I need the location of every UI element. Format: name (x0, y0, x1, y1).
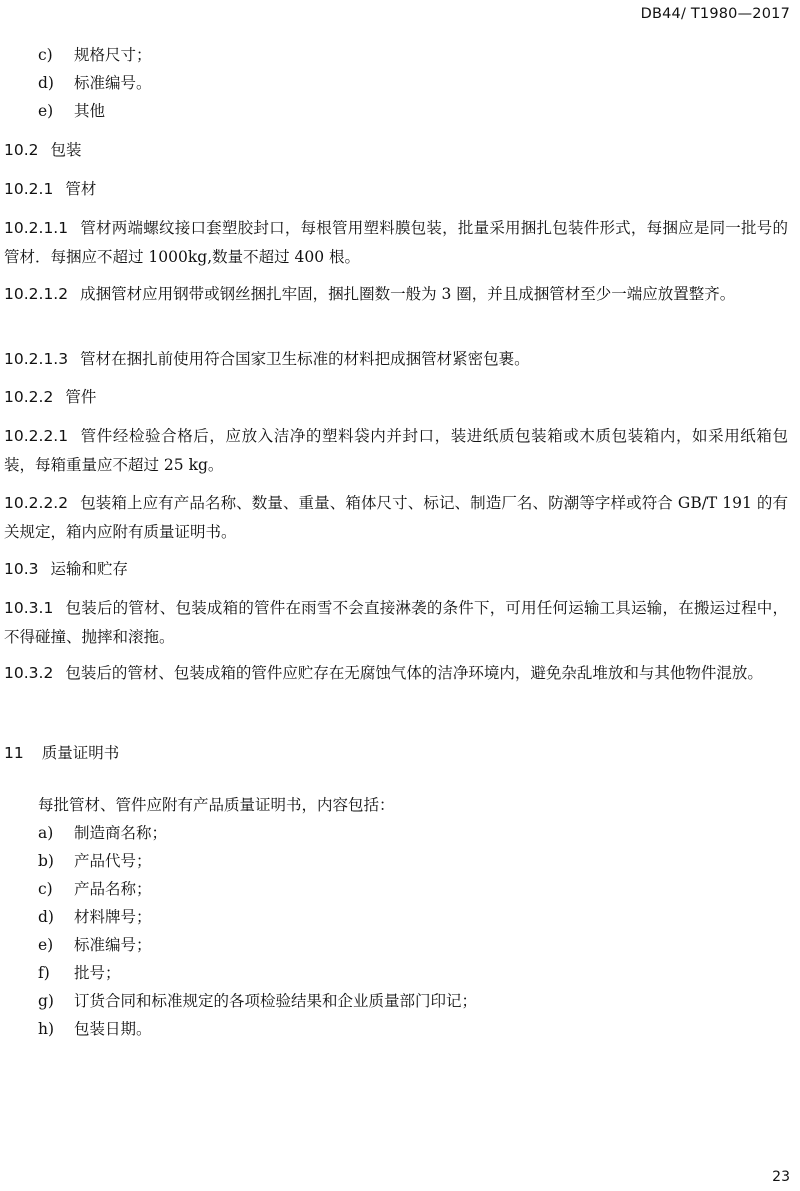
paragraph-10-2-1-3: 10.2.1.3管材在捆扎前使用符合国家卫生标准的材料把成捆管材紧密包裹。 (4, 345, 788, 374)
page-number: 23 (772, 1169, 790, 1185)
list-text: 材料牌号； (74, 908, 152, 926)
clause-text: 包装后的管材、包装成箱的管件在雨雪不会直接淋袭的条件下，可用任何运输工具运输，在… (4, 599, 788, 646)
list-item: a)制造商名称； (38, 820, 167, 846)
list-item: d)标准编号。 (38, 70, 152, 96)
clause-text: 包装后的管材、包装成箱的管件应贮存在无腐蚀气体的洁净环境内，避免杂乱堆放和与其他… (65, 664, 763, 682)
list-text: 产品代号； (74, 852, 152, 870)
clause-text: 包装箱上应有产品名称、数量、重量、箱体尺寸、标记、制造厂名、防潮等字样或符合 G… (4, 494, 788, 541)
list-item: e)标准编号； (38, 932, 152, 958)
list-item: e)其他 (38, 98, 105, 124)
list-text: 包装日期。 (74, 1020, 152, 1038)
clause-number: 10.3.1 (4, 599, 53, 617)
list-marker: b) (38, 848, 74, 874)
section-title: 管材 (65, 180, 96, 198)
standard-code-header: DB44/ T1980—2017 (641, 6, 790, 22)
paragraph-10-3-2: 10.3.2包装后的管材、包装成箱的管件应贮存在无腐蚀气体的洁净环境内，避免杂乱… (4, 659, 788, 688)
list-text: 订货合同和标准规定的各项检验结果和企业质量部门印记； (74, 992, 477, 1010)
list-text: 产品名称； (74, 880, 152, 898)
section-number: 10.2.2 (4, 384, 53, 410)
section-11-intro: 每批管材、管件应附有产品质量证明书，内容包括： (38, 792, 395, 818)
list-marker: a) (38, 820, 74, 846)
clause-number: 10.2.2.1 (4, 427, 68, 445)
section-heading-10-3: 10.3运输和贮存 (4, 556, 128, 582)
list-marker: d) (38, 70, 74, 96)
list-item: h)包装日期。 (38, 1016, 152, 1042)
clause-text: 管材两端螺纹接口套塑胶封口，每根管用塑料膜包装，批量采用捆扎包装件形式，每捆应是… (4, 219, 788, 266)
paragraph-10-3-1: 10.3.1包装后的管材、包装成箱的管件在雨雪不会直接淋袭的条件下，可用任何运输… (4, 594, 788, 652)
list-text: 批号； (74, 964, 121, 982)
list-text: 标准编号； (74, 936, 152, 954)
section-heading-11: 11质量证明书 (4, 740, 119, 766)
list-marker: h) (38, 1016, 74, 1042)
section-heading-10-2-1: 10.2.1管材 (4, 176, 96, 202)
list-text: 其他 (74, 102, 105, 120)
list-item: c)产品名称； (38, 876, 152, 902)
section-title: 运输和贮存 (51, 560, 129, 578)
section-number: 10.3 (4, 556, 39, 582)
paragraph-10-2-2-1: 10.2.2.1管件经检验合格后，应放入洁净的塑料袋内并封口，装进纸质包装箱或木… (4, 422, 788, 480)
clause-number: 10.2.1.1 (4, 219, 68, 237)
list-item: g)订货合同和标准规定的各项检验结果和企业质量部门印记； (38, 988, 477, 1014)
section-heading-10-2: 10.2包装 (4, 137, 82, 163)
list-marker: c) (38, 876, 74, 902)
section-title: 管件 (65, 388, 96, 406)
paragraph-10-2-1-1: 10.2.1.1管材两端螺纹接口套塑胶封口，每根管用塑料膜包装，批量采用捆扎包装… (4, 214, 788, 272)
list-item: b)产品代号； (38, 848, 152, 874)
paragraph-10-2-2-2: 10.2.2.2包装箱上应有产品名称、数量、重量、箱体尺寸、标记、制造厂名、防潮… (4, 489, 788, 547)
list-text: 规格尺寸； (74, 46, 152, 64)
clause-number: 10.2.1.3 (4, 350, 68, 368)
clause-number: 10.2.1.2 (4, 285, 68, 303)
section-number: 10.2 (4, 137, 39, 163)
section-number: 10.2.1 (4, 176, 53, 202)
clause-number: 10.3.2 (4, 664, 53, 682)
list-item: d)材料牌号； (38, 904, 152, 930)
section-number: 11 (4, 740, 24, 766)
list-marker: d) (38, 904, 74, 930)
clause-number: 10.2.2.2 (4, 494, 68, 512)
section-title: 质量证明书 (42, 744, 120, 762)
clause-text: 成捆管材应用钢带或钢丝捆扎牢固，捆扎圈数一般为 3 圈，并且成捆管材至少一端应放… (80, 285, 735, 303)
list-marker: c) (38, 42, 74, 68)
section-title: 包装 (51, 141, 82, 159)
list-text: 标准编号。 (74, 74, 152, 92)
section-heading-10-2-2: 10.2.2管件 (4, 384, 96, 410)
list-marker: e) (38, 932, 74, 958)
paragraph-10-2-1-2: 10.2.1.2成捆管材应用钢带或钢丝捆扎牢固，捆扎圈数一般为 3 圈，并且成捆… (4, 280, 788, 309)
clause-text: 管件经检验合格后，应放入洁净的塑料袋内并封口，装进纸质包装箱或木质包装箱内，如采… (4, 427, 788, 474)
clause-text: 管材在捆扎前使用符合国家卫生标准的材料把成捆管材紧密包裹。 (80, 350, 530, 368)
list-item: c)规格尺寸； (38, 42, 152, 68)
list-text: 制造商名称； (74, 824, 167, 842)
list-marker: g) (38, 988, 74, 1014)
list-item: f)批号； (38, 960, 121, 986)
list-marker: f) (38, 960, 74, 986)
list-marker: e) (38, 98, 74, 124)
